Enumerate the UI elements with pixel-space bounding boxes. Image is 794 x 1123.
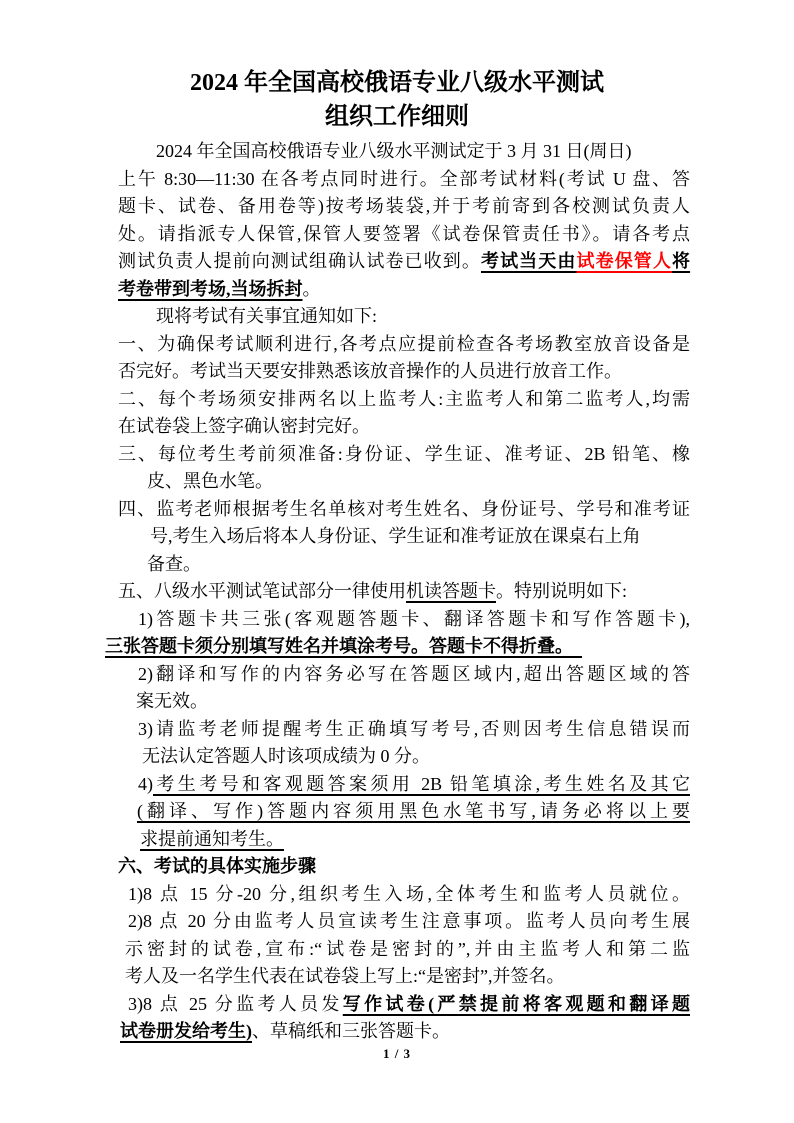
text-line: 4)考生考号和客观题答案须用 2B 铅笔填涂,考生姓名及其它 [138, 771, 690, 799]
text-line: 3)请监考老师提醒考生正确填写考号,否则因考生信息错误而 [138, 716, 690, 744]
text-run: 六、考试的具体实施步骤 [118, 856, 316, 876]
text-run: 考卷带到考场,当场拆封 [118, 279, 303, 299]
text-run: 考人及一名学生代表在试卷袋上写上:“是密封”,并签名。 [125, 966, 564, 986]
text-line: 示密封的试卷,宣布:“试卷是密封的”,并由主监考人和第二监 [125, 936, 690, 964]
text-line: 号,考生入场后将本人身份证、学生证和准考证放在课桌右上角 [150, 523, 794, 551]
text-line: 考人及一名学生代表在试卷袋上写上:“是密封”,并签名。 [125, 963, 794, 991]
text-line: 题卡、试卷、备用卷等)按考场装袋,并于考前寄到各校测试负责人 [118, 193, 690, 221]
text-line: 六、考试的具体实施步骤 [118, 853, 794, 881]
text-line: 现将考试有关事宜通知如下: [156, 303, 794, 331]
text-line: 3)8 点 25 分监考人员发写作试卷(严禁提前将客观题和翻译题 [128, 991, 690, 1019]
text-line: 三张答题卡须分别填写姓名并填涂考号。答题卡不得折叠。 [105, 633, 794, 661]
text-run: 。特别说明如下: [496, 581, 627, 601]
text-run: 处。请指派专人保管,保管人要签署《试卷保管责任书》。请各考点 [118, 224, 690, 244]
text-run: 试卷保管人 [577, 251, 673, 271]
text-line: 2)翻译和写作的内容务必写在答题区域内,超出答题区域的答 [138, 661, 690, 689]
text-run: 3)请监考老师提醒考生正确填写考号,否则因考生信息错误而 [138, 719, 690, 739]
page-number: 1 / 3 [0, 1046, 794, 1062]
text-run: 1)8 点 15 分-20 分,组织考生入场,全体考生和监考人员就位。 [128, 884, 690, 904]
text-run: 上午 8:30—11:30 在各考点同时进行。全部考试材料(考试 U 盘、答 [118, 169, 690, 189]
document-subtitle: 组织工作细则 [0, 100, 794, 134]
text-run: 试卷册发给考生) [120, 1021, 252, 1041]
text-line: 一、为确保考试顺利进行,各考点应提前检查各考场教室放音设备是 [118, 331, 690, 359]
text-line: 1)8 点 15 分-20 分,组织考生入场,全体考生和监考人员就位。 [128, 881, 690, 909]
text-run: 、草稿纸和三张答题卡。 [252, 1021, 450, 1041]
text-run: 将 [672, 251, 690, 271]
text-line: 备查。 [147, 551, 794, 579]
text-run: 四、监考老师根据考生名单核对考生姓名、身份证号、学号和准考证 [118, 499, 690, 519]
text-line: 1)答题卡共三张(客观题答题卡、翻译答题卡和写作答题卡), [138, 606, 690, 634]
text-run: 4) [138, 774, 153, 794]
text-line: 三、每位考生考前须准备:身份证、学生证、准考证、2B 铅笔、橡 [118, 441, 690, 469]
text-line: (翻译、写作)答题内容须用黑色水笔书写,请务必将以上要 [137, 798, 690, 826]
text-run: 五、八级水平测试笔试部分一律使用 [118, 581, 406, 601]
text-line: 2)8 点 20 分由监考人员宣读考生注意事项。监考人员向考生展 [128, 908, 690, 936]
text-run: 三张答题卡须分别填写姓名并填涂考号。答题卡不得折叠。 [105, 636, 582, 656]
text-run: 写作试卷(严禁提前将客观题和翻译题 [343, 994, 690, 1014]
text-run: 考试当天由 [481, 251, 577, 271]
document-title: 2024 年全国高校俄语专业八级水平测试 [0, 66, 794, 100]
text-run: 号,考生入场后将本人身份证、学生证和准考证放在课桌右上角 [150, 526, 641, 546]
text-run: 案无效。 [136, 691, 208, 711]
text-run: 机读答题卡 [406, 581, 496, 601]
text-line: 测试负责人提前向测试组确认试卷已收到。考试当天由试卷保管人将 [118, 248, 690, 276]
text-run: 1)答题卡共三张(客观题答题卡、翻译答题卡和写作答题卡), [138, 609, 690, 629]
text-run: 2)翻译和写作的内容务必写在答题区域内,超出答题区域的答 [138, 664, 690, 684]
text-line: 试卷册发给考生)、草稿纸和三张答题卡。 [120, 1018, 794, 1046]
text-run: 测试负责人提前向测试组确认试卷已收到。 [118, 251, 481, 271]
text-line: 否完好。考试当天要安排熟悉该放音操作的人员进行放音工作。 [118, 358, 794, 386]
text-run: 无法认定答题人时该项成绩为 0 分。 [142, 746, 430, 766]
text-line: 无法认定答题人时该项成绩为 0 分。 [142, 743, 794, 771]
text-line: 五、八级水平测试笔试部分一律使用机读答题卡。特别说明如下: [118, 578, 794, 606]
document-header: 2024 年全国高校俄语专业八级水平测试 组织工作细则 [0, 0, 794, 134]
text-line: 皮、黑色水笔。 [147, 468, 794, 496]
text-line: 案无效。 [136, 688, 794, 716]
text-run: 2024 年全国高校俄语专业八级水平测试定于 3 月 31 日(周日) [156, 141, 632, 161]
text-run: 求提前通知考生。 [140, 829, 284, 849]
text-run: 在试卷袋上签字确认密封完好。 [118, 416, 370, 436]
text-run: 三、每位考生考前须准备:身份证、学生证、准考证、2B 铅笔、橡 [118, 444, 690, 464]
text-run: 考生考号和客观题答案须用 2B 铅笔填涂,考生姓名及其它 [153, 774, 690, 794]
text-line: 处。请指派专人保管,保管人要签署《试卷保管责任书》。请各考点 [118, 221, 690, 249]
document-page: 2024 年全国高校俄语专业八级水平测试 组织工作细则 2024 年全国高校俄语… [0, 0, 794, 1123]
text-run: 备查。 [147, 554, 201, 574]
text-run: 一、为确保考试顺利进行,各考点应提前检查各考场教室放音设备是 [118, 334, 690, 354]
text-run: 示密封的试卷,宣布:“试卷是密封的”,并由主监考人和第二监 [125, 939, 690, 959]
text-run: 现将考试有关事宜通知如下: [156, 306, 377, 326]
text-run: 。 [303, 279, 321, 299]
text-run: 3)8 点 25 分监考人员发 [128, 994, 343, 1014]
text-run: 皮、黑色水笔。 [147, 471, 273, 491]
text-line: 求提前通知考生。 [140, 826, 794, 854]
text-line: 在试卷袋上签字确认密封完好。 [118, 413, 794, 441]
text-run: 否完好。考试当天要安排熟悉该放音操作的人员进行放音工作。 [118, 361, 622, 381]
text-run: (翻译、写作)答题内容须用黑色水笔书写,请务必将以上要 [137, 801, 690, 821]
text-line: 上午 8:30—11:30 在各考点同时进行。全部考试材料(考试 U 盘、答 [118, 166, 690, 194]
text-line: 2024 年全国高校俄语专业八级水平测试定于 3 月 31 日(周日) [156, 138, 794, 166]
document-body: 2024 年全国高校俄语专业八级水平测试定于 3 月 31 日(周日)上午 8:… [118, 138, 794, 1046]
text-line: 四、监考老师根据考生名单核对考生姓名、身份证号、学号和准考证 [118, 496, 690, 524]
text-run: 2)8 点 20 分由监考人员宣读考生注意事项。监考人员向考生展 [128, 911, 690, 931]
text-line: 考卷带到考场,当场拆封。 [118, 276, 794, 304]
text-line: 二、每个考场须安排两名以上监考人:主监考人和第二监考人,均需 [118, 386, 690, 414]
text-run: 题卡、试卷、备用卷等)按考场装袋,并于考前寄到各校测试负责人 [118, 196, 690, 216]
text-run: 二、每个考场须安排两名以上监考人:主监考人和第二监考人,均需 [118, 389, 690, 409]
